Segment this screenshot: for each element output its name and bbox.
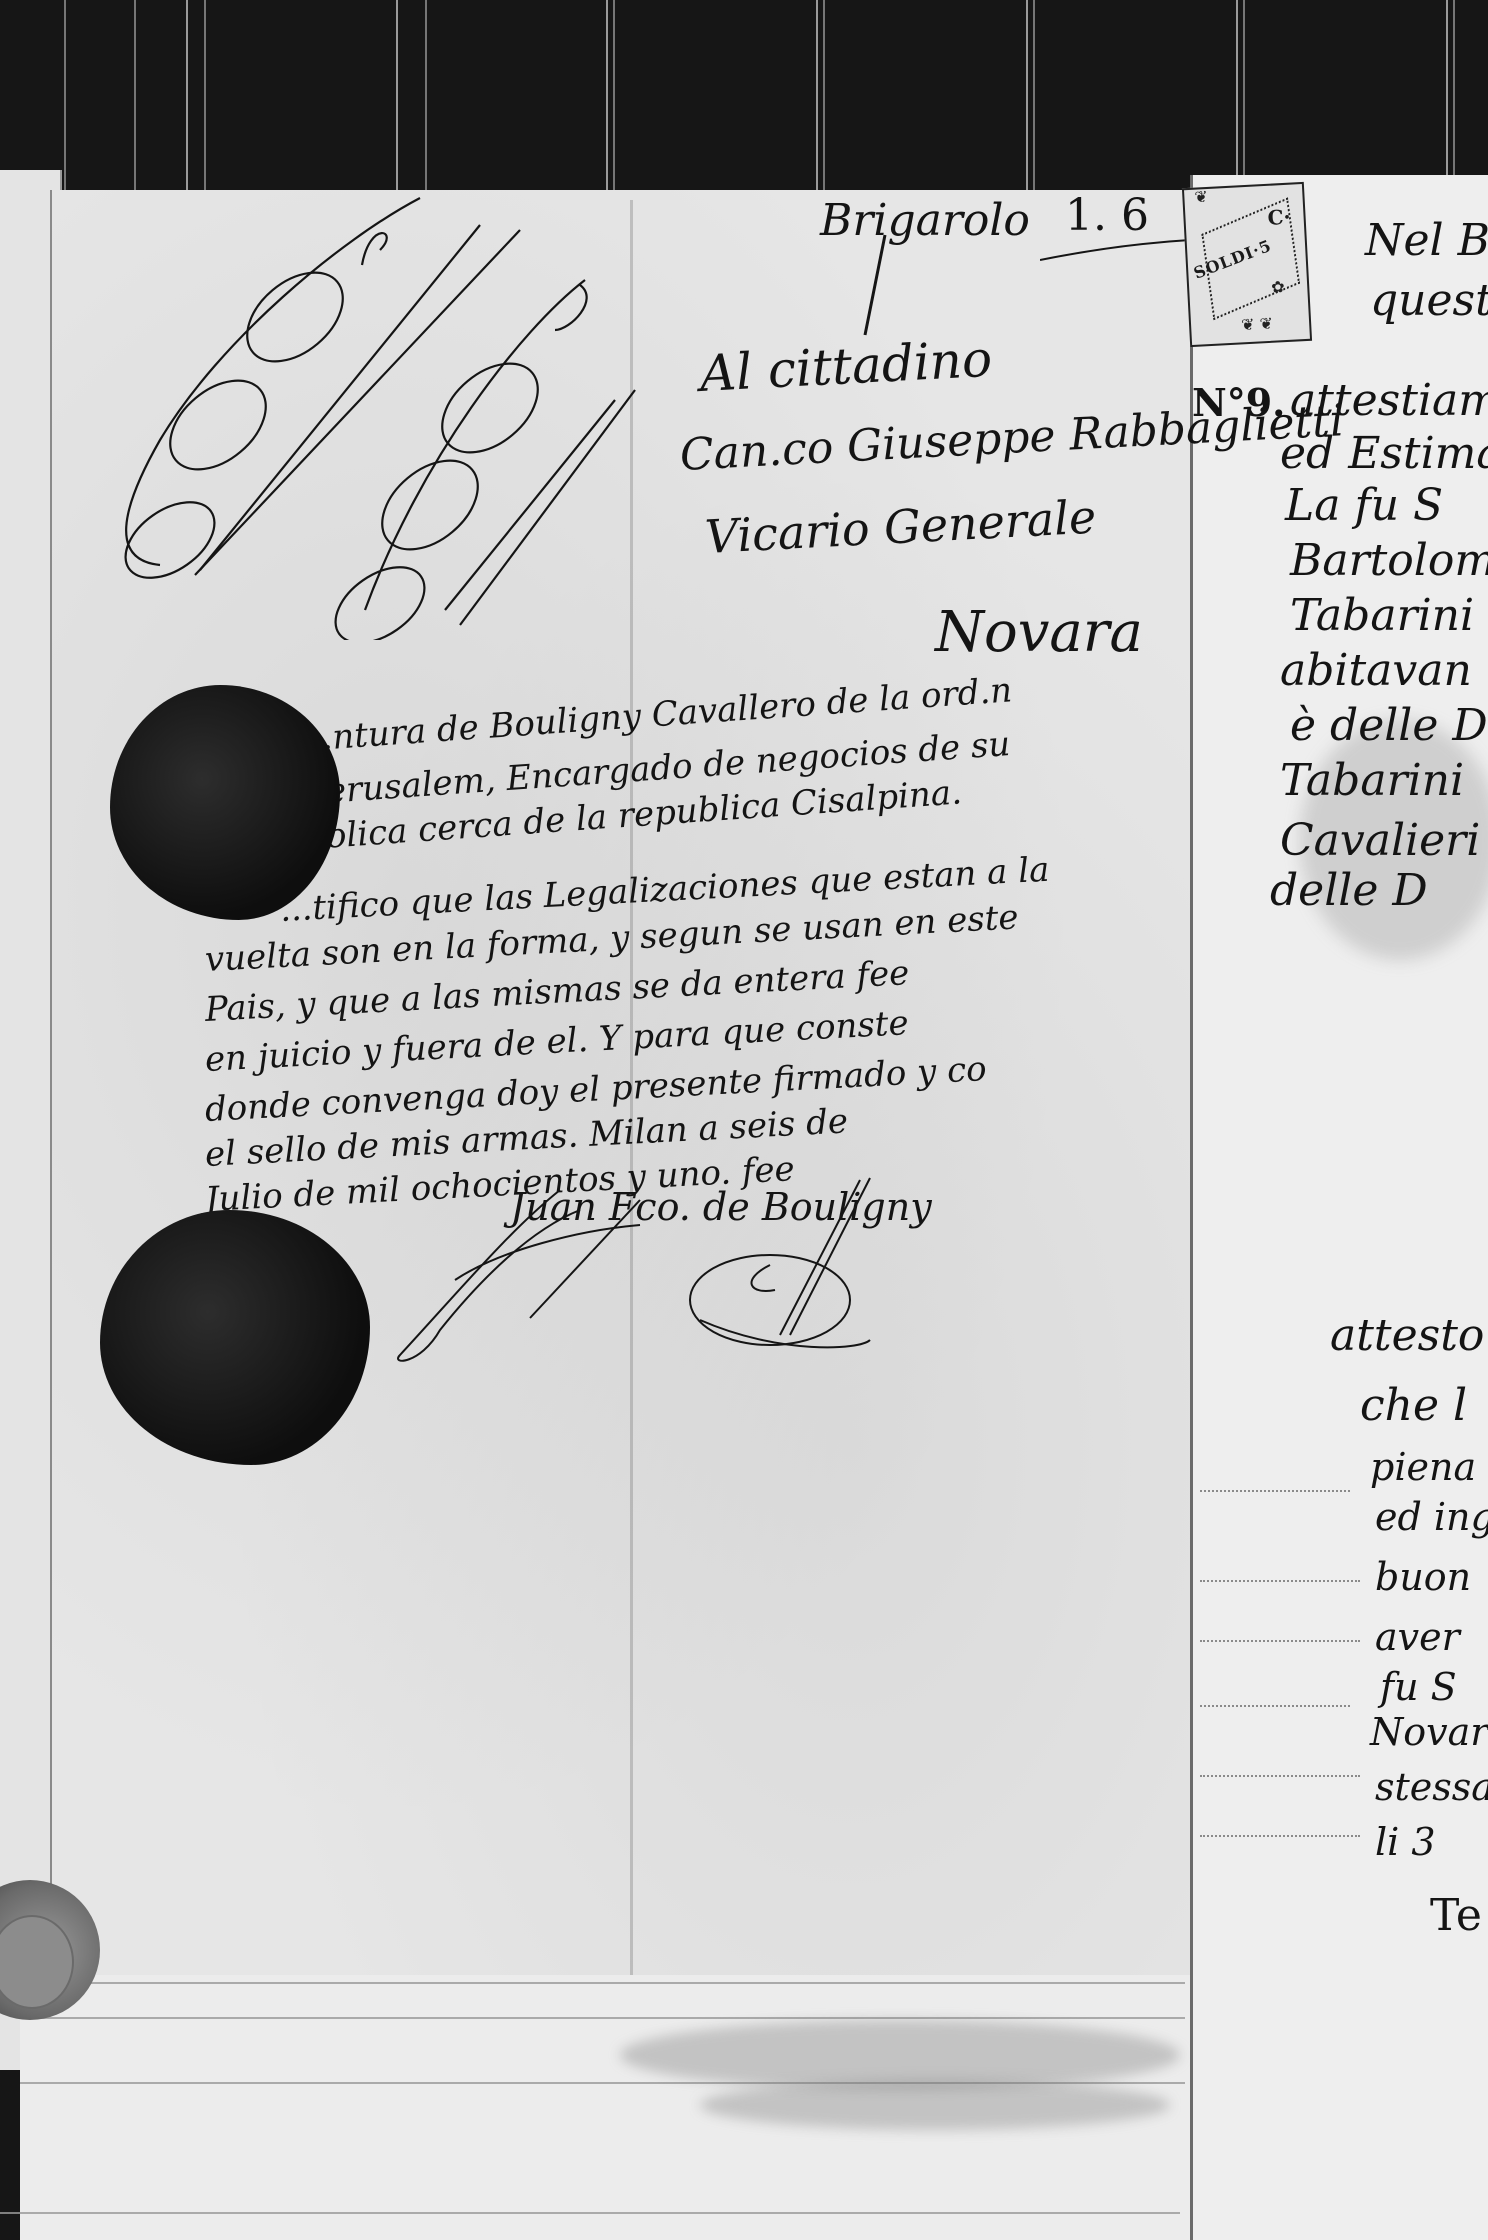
right-page-line: stessa (1375, 1765, 1488, 1809)
right-page-line: Tabarini (1280, 755, 1464, 806)
paper-edge (0, 2212, 1180, 2214)
faint-marks (1200, 1705, 1350, 1709)
faint-marks (1200, 1490, 1350, 1494)
right-page-line: Te (1430, 1890, 1482, 1941)
right-page-line: è delle D (1290, 700, 1488, 751)
stripe (425, 0, 427, 200)
stripe (64, 0, 66, 200)
right-page-line: Novara (1370, 1710, 1488, 1754)
right-page-line: Nel B (1365, 215, 1488, 266)
right-page-line: ed Estima (1280, 428, 1488, 479)
right-page-line: ed ing (1375, 1495, 1488, 1539)
paper-edge (35, 1982, 1185, 1984)
right-page-line: aver (1375, 1615, 1460, 1659)
right-page-line: abitavan (1280, 645, 1472, 696)
stripe (1033, 0, 1035, 200)
right-page-line: fu S (1380, 1665, 1457, 1709)
stripe (1453, 0, 1455, 200)
tax-stamp: C· SOLDI·5 ❦ ❦ ❦ ✿ (1182, 182, 1312, 347)
right-page-line: buon (1375, 1555, 1471, 1599)
reference-number: 1. 6 (1065, 190, 1149, 241)
right-page-line: La fu S (1285, 480, 1443, 531)
flower-icon: ✿ (1271, 277, 1285, 297)
stripe (134, 0, 136, 200)
right-page-line: li 3 (1375, 1820, 1436, 1864)
underline-stroke (1040, 235, 1190, 265)
wax-seal (100, 1210, 370, 1465)
wax-seal (110, 685, 340, 920)
place-note: Brigarolo (820, 195, 1030, 246)
faint-marks (1200, 1640, 1360, 1644)
right-page-line: delle D (1270, 865, 1428, 916)
faint-marks (1200, 1580, 1360, 1584)
laurel-icon: ❦ ❦ (1241, 314, 1274, 335)
faint-marks (1200, 1835, 1360, 1839)
faint-marks (1200, 1775, 1360, 1779)
right-page-line: questo (1370, 275, 1488, 326)
right-page-line: che l (1360, 1380, 1467, 1431)
right-page-line: attestiam (1290, 375, 1488, 426)
right-page-line: Bartolom (1290, 535, 1488, 586)
right-page-line: Tabarini (1290, 590, 1474, 641)
pen-stroke (860, 230, 890, 340)
right-page-line: attesto (1330, 1310, 1484, 1361)
stripe (613, 0, 615, 200)
stripe (823, 0, 825, 200)
right-page-line: Cavalieri (1280, 815, 1480, 866)
stripe (1243, 0, 1245, 200)
entry-number: N°9. (1192, 380, 1285, 425)
water-stain (700, 2080, 1170, 2130)
address-city: Novara (935, 600, 1143, 665)
signature-flourish (380, 1170, 1160, 1370)
right-page-line: piena (1370, 1445, 1476, 1489)
paper-edge (35, 2017, 1185, 2019)
stripe (204, 0, 206, 200)
flourish-mark (100, 180, 700, 640)
stamp-letter: C· (1267, 205, 1291, 230)
laurel-icon: ❦ (1194, 187, 1208, 207)
